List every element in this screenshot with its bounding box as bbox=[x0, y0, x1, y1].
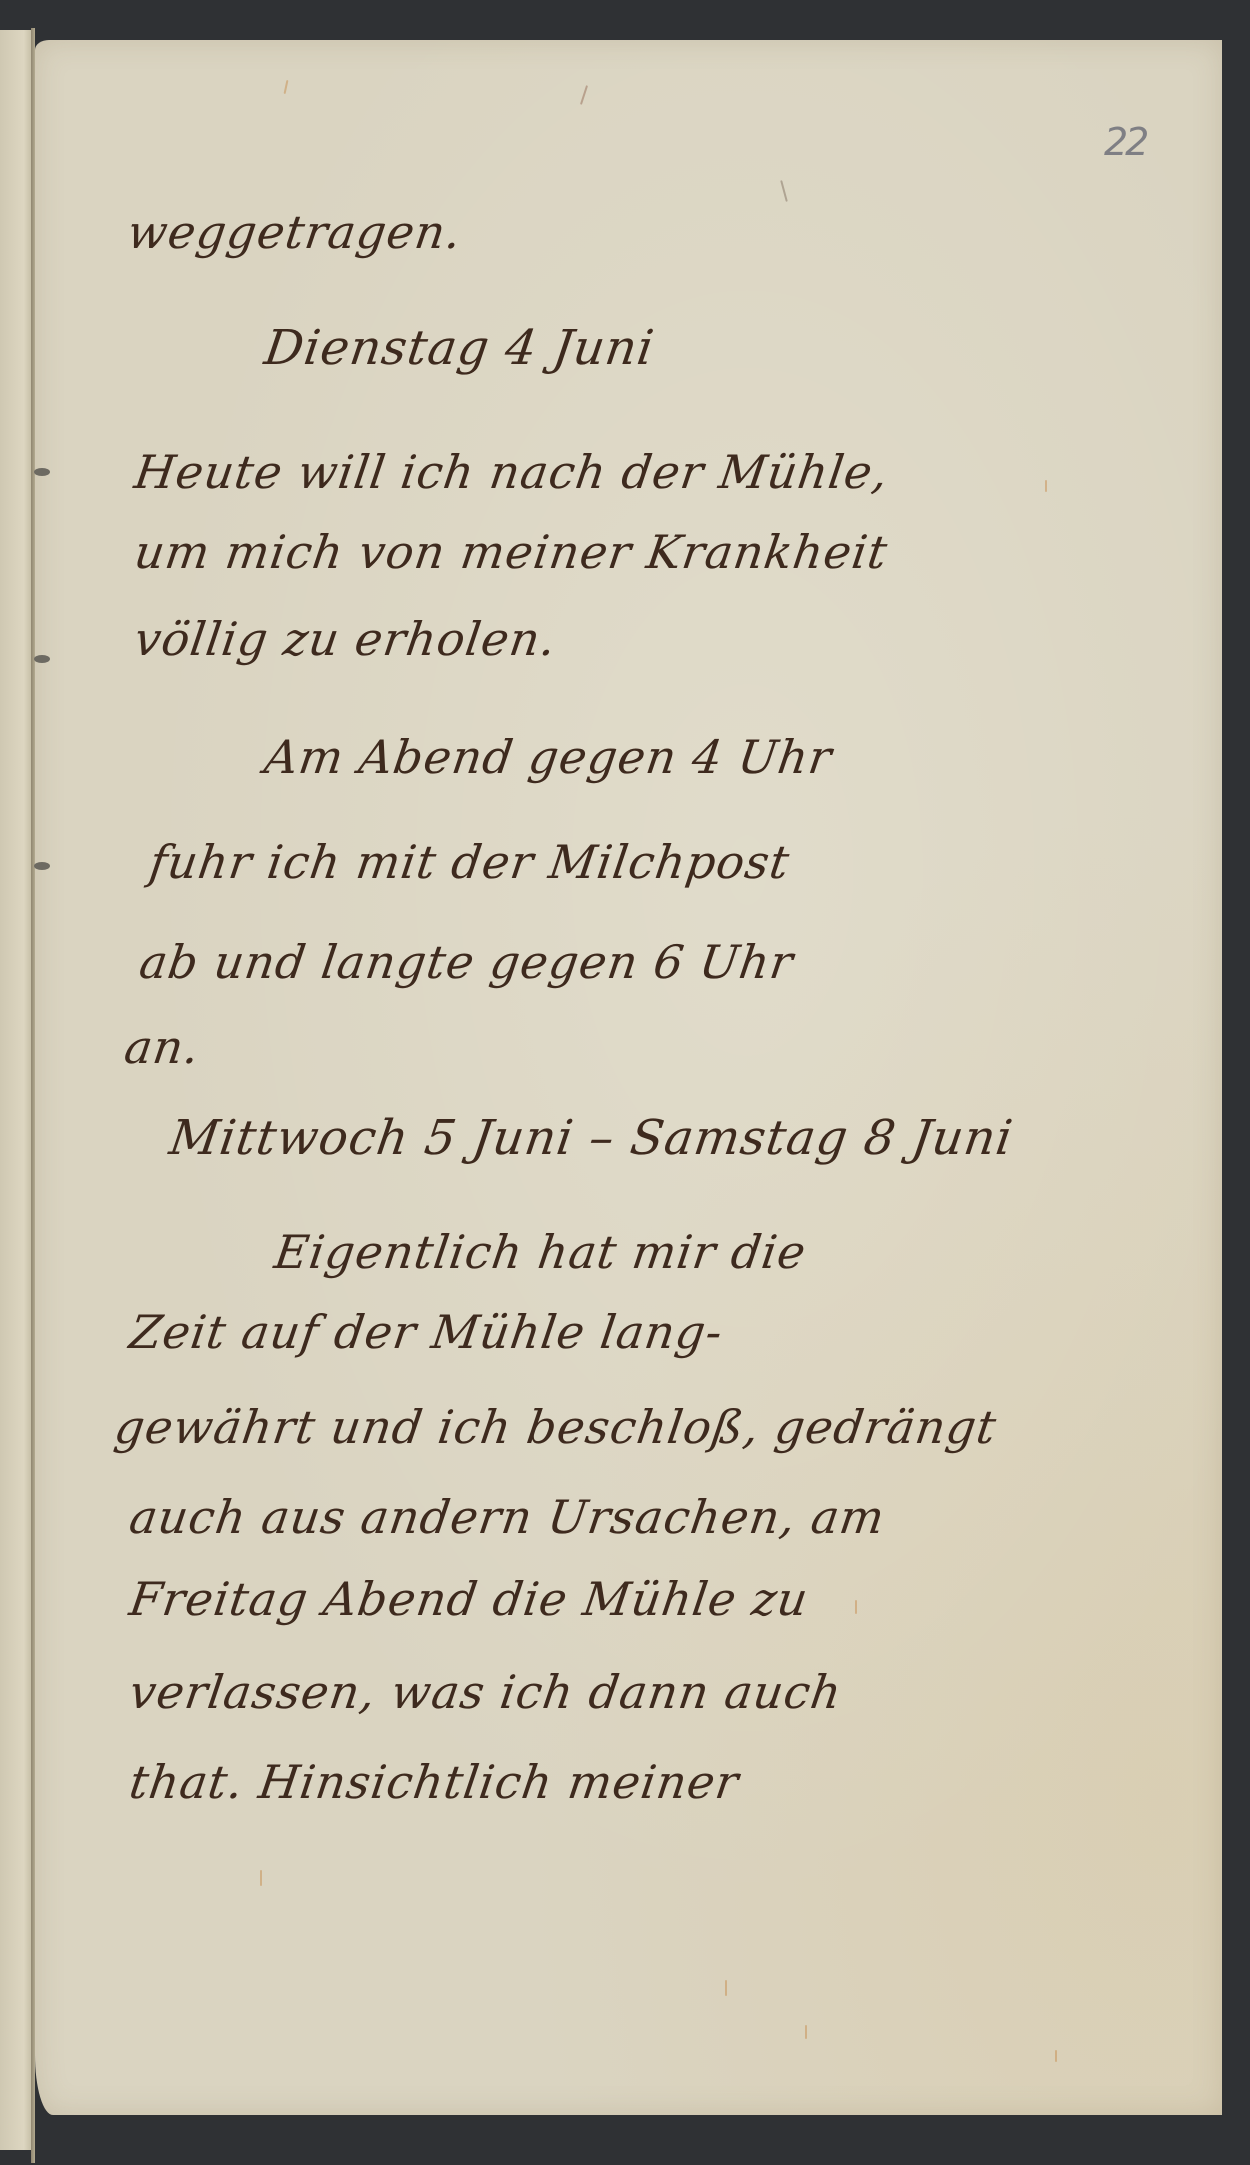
page-number: 22 bbox=[1104, 120, 1146, 164]
text-line: völlig zu erholen. bbox=[131, 612, 560, 666]
paper-fiber bbox=[805, 2025, 807, 2039]
text-line: Zeit auf der Mühle lang- bbox=[126, 1305, 726, 1359]
date-heading: Mittwoch 5 Juni – Samstag 8 Juni bbox=[166, 1110, 1016, 1166]
text-line: auch aus andern Ursachen, am bbox=[126, 1490, 888, 1544]
paper-fiber bbox=[1045, 480, 1047, 492]
paper-fiber bbox=[855, 1600, 857, 1614]
paper-fiber bbox=[260, 1870, 262, 1886]
text-line: gewährt und ich beschloß, gedrängt bbox=[111, 1400, 1000, 1454]
text-line: Am Abend gegen 4 Uhr bbox=[261, 730, 835, 784]
text-line: um mich von meiner Krankheit bbox=[131, 525, 891, 579]
paper-fiber bbox=[284, 80, 289, 94]
text-line: Freitag Abend die Mühle zu bbox=[126, 1572, 812, 1626]
text-line: fuhr ich mit der Milchpost bbox=[146, 835, 793, 889]
paper-fiber bbox=[1055, 2050, 1057, 2062]
text-line: verlassen, was ich dann auch bbox=[126, 1665, 845, 1719]
paper-fiber bbox=[780, 180, 788, 202]
text-line: ab und langte gegen 6 Uhr bbox=[136, 935, 797, 989]
text-line: weggetragen. bbox=[124, 205, 465, 259]
binding-stitch bbox=[34, 655, 50, 663]
text-line: Eigentlich hat mir die bbox=[271, 1225, 810, 1279]
paper-fiber bbox=[725, 1980, 727, 1996]
binding-stitch bbox=[34, 468, 50, 476]
paper-fiber bbox=[580, 85, 588, 105]
facing-page-edge bbox=[0, 30, 34, 2150]
date-heading: Dienstag 4 Juni bbox=[261, 320, 658, 376]
binding-stitch bbox=[34, 862, 50, 870]
text-line: Heute will ich nach der Mühle, bbox=[131, 445, 892, 499]
text-line: that. Hinsichtlich meiner bbox=[126, 1755, 742, 1809]
text-line: an. bbox=[121, 1020, 203, 1074]
